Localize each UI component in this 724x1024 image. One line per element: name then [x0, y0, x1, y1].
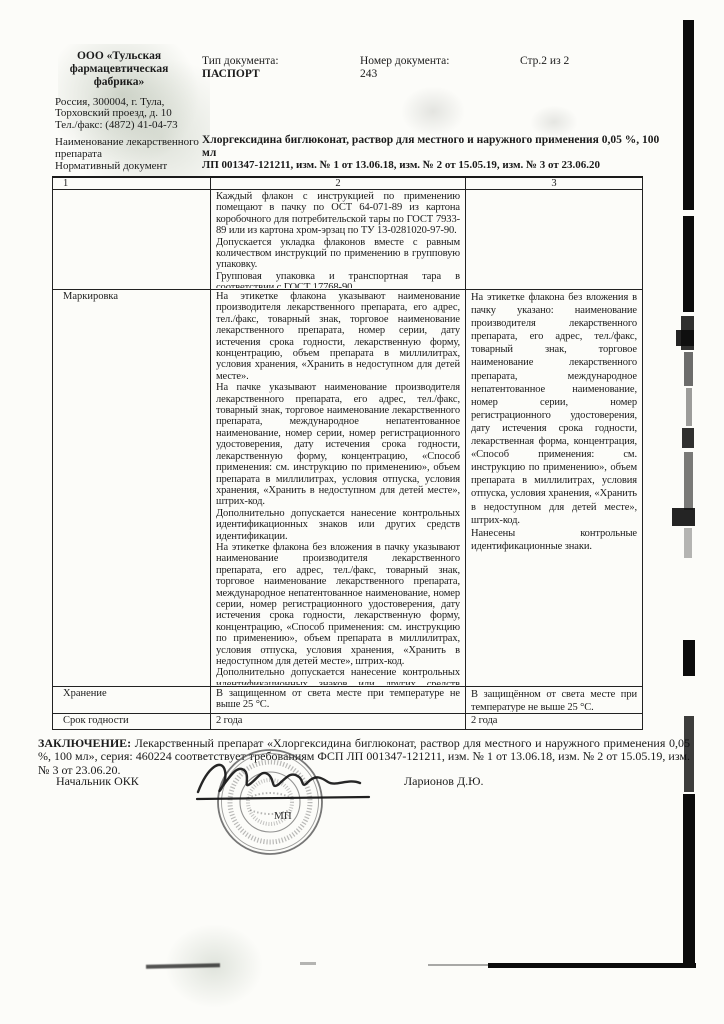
scan-artifact-bar [684, 528, 692, 558]
scan-artifact-blob [676, 330, 694, 346]
normative-doc-label: Нормативный документ [55, 160, 167, 172]
row-label-cell [53, 190, 211, 290]
paragraph: На этикетке флакона без вложения в пачку… [471, 291, 637, 527]
column-number: 3 [466, 177, 643, 190]
paragraph: Групповая упаковка и транспортная тара в… [216, 271, 460, 288]
normative-doc-value: ЛП 001347-121211, изм. № 1 от 13.06.18, … [202, 159, 600, 171]
marking-requirements-text: На этикетке флакона указывают наименован… [216, 291, 460, 685]
signer-name: Ларионов Д.Ю. [404, 774, 484, 789]
paragraph: Дополнительно допускается нанесение конт… [216, 508, 460, 542]
column-number: 2 [211, 177, 466, 190]
packaging-text: Каждый флакон с инструкцией по применени… [216, 191, 460, 288]
paragraph: На пачке указывают наименование производ… [216, 382, 460, 507]
address-line: Тел./факс: (4872) 41-04-73 [55, 120, 178, 131]
scan-artifact-smudge [300, 962, 316, 965]
signer-title: Начальник ОКК [56, 774, 139, 789]
scan-artifact-bar [684, 452, 693, 510]
scan-artifact-bar [683, 20, 694, 210]
scan-artifact-blob [672, 508, 695, 526]
paragraph: Дополнительно допускается нанесение конт… [216, 667, 460, 685]
table-row-storage: Хранение В защищенном от света месте при… [53, 687, 643, 714]
scan-artifact-bar [683, 216, 694, 312]
scan-smudge [398, 84, 468, 139]
row-label: Маркировка [53, 290, 211, 687]
marking-result-text: На этикетке флакона без вложения в пачку… [471, 291, 637, 685]
doc-type-label: Тип документа: [202, 55, 279, 67]
company-name: ООО «Тульская фармацевтическая фабрика» [50, 50, 188, 89]
paragraph: На этикетке флакона без вложения в пачку… [216, 542, 460, 667]
scan-artifact-bar [684, 716, 694, 792]
column-number: 1 [53, 177, 211, 190]
row-label: Хранение [53, 687, 211, 714]
handwritten-signature [188, 756, 378, 808]
scan-artifact-bar [682, 428, 694, 448]
paragraph: Каждый флакон с инструкцией по применени… [216, 191, 460, 237]
table-row-shelf-life: Срок годности 2 года 2 года [53, 714, 643, 730]
scan-artifact-bar [683, 794, 695, 968]
doc-type-value: ПАСПОРТ [202, 68, 260, 80]
doc-number-value: 243 [360, 68, 377, 80]
paragraph: На этикетке флакона указывают наименован… [216, 291, 460, 382]
table-row-packaging: Каждый флакон с инструкцией по применени… [53, 190, 643, 290]
storage-requirement: В защищенном от света месте при температ… [216, 688, 460, 712]
storage-result: В защищённом от света месте при температ… [471, 688, 637, 712]
scan-artifact-line [488, 963, 696, 968]
address-line: Торховский проезд, д. 10 [55, 108, 178, 119]
paragraph: Допускается укладка флаконов вместе с ра… [216, 237, 460, 271]
conclusion-label: ЗАКЛЮЧЕНИЕ: [38, 736, 131, 750]
stamp-place-mark: МП [274, 810, 292, 822]
scan-artifact-bar [683, 640, 695, 676]
drug-name-value: Хлоргексидина биглюконат, раствор для ме… [202, 134, 670, 159]
table-row-marking: Маркировка На этикетке флакона указывают… [53, 290, 643, 687]
scan-artifact-smudge [146, 963, 220, 969]
scan-artifact-line [428, 964, 490, 966]
shelf-life-requirement: 2 года [216, 715, 460, 728]
scan-artifact-bar [684, 352, 693, 386]
doc-number-label: Номер документа: [360, 55, 449, 67]
row-label: Срок годности [53, 714, 211, 730]
drug-name-label: Наименование лекарственного препарата [55, 136, 205, 160]
page-indicator: Стр.2 из 2 [520, 55, 569, 67]
company-address: Россия, 300004, г. Тула, Торховский прое… [55, 97, 178, 131]
column-number-row: 1 2 3 [53, 177, 643, 190]
paragraph: Нанесены контрольные идентификационные з… [471, 527, 637, 553]
scanned-passport-page: ООО «Тульская фармацевтическая фабрика» … [0, 0, 724, 1024]
scan-artifact-bar [686, 388, 692, 426]
passport-table: 1 2 3 Каждый флакон с инструкцией по при… [52, 176, 643, 730]
shelf-life-result: 2 года [471, 715, 637, 728]
